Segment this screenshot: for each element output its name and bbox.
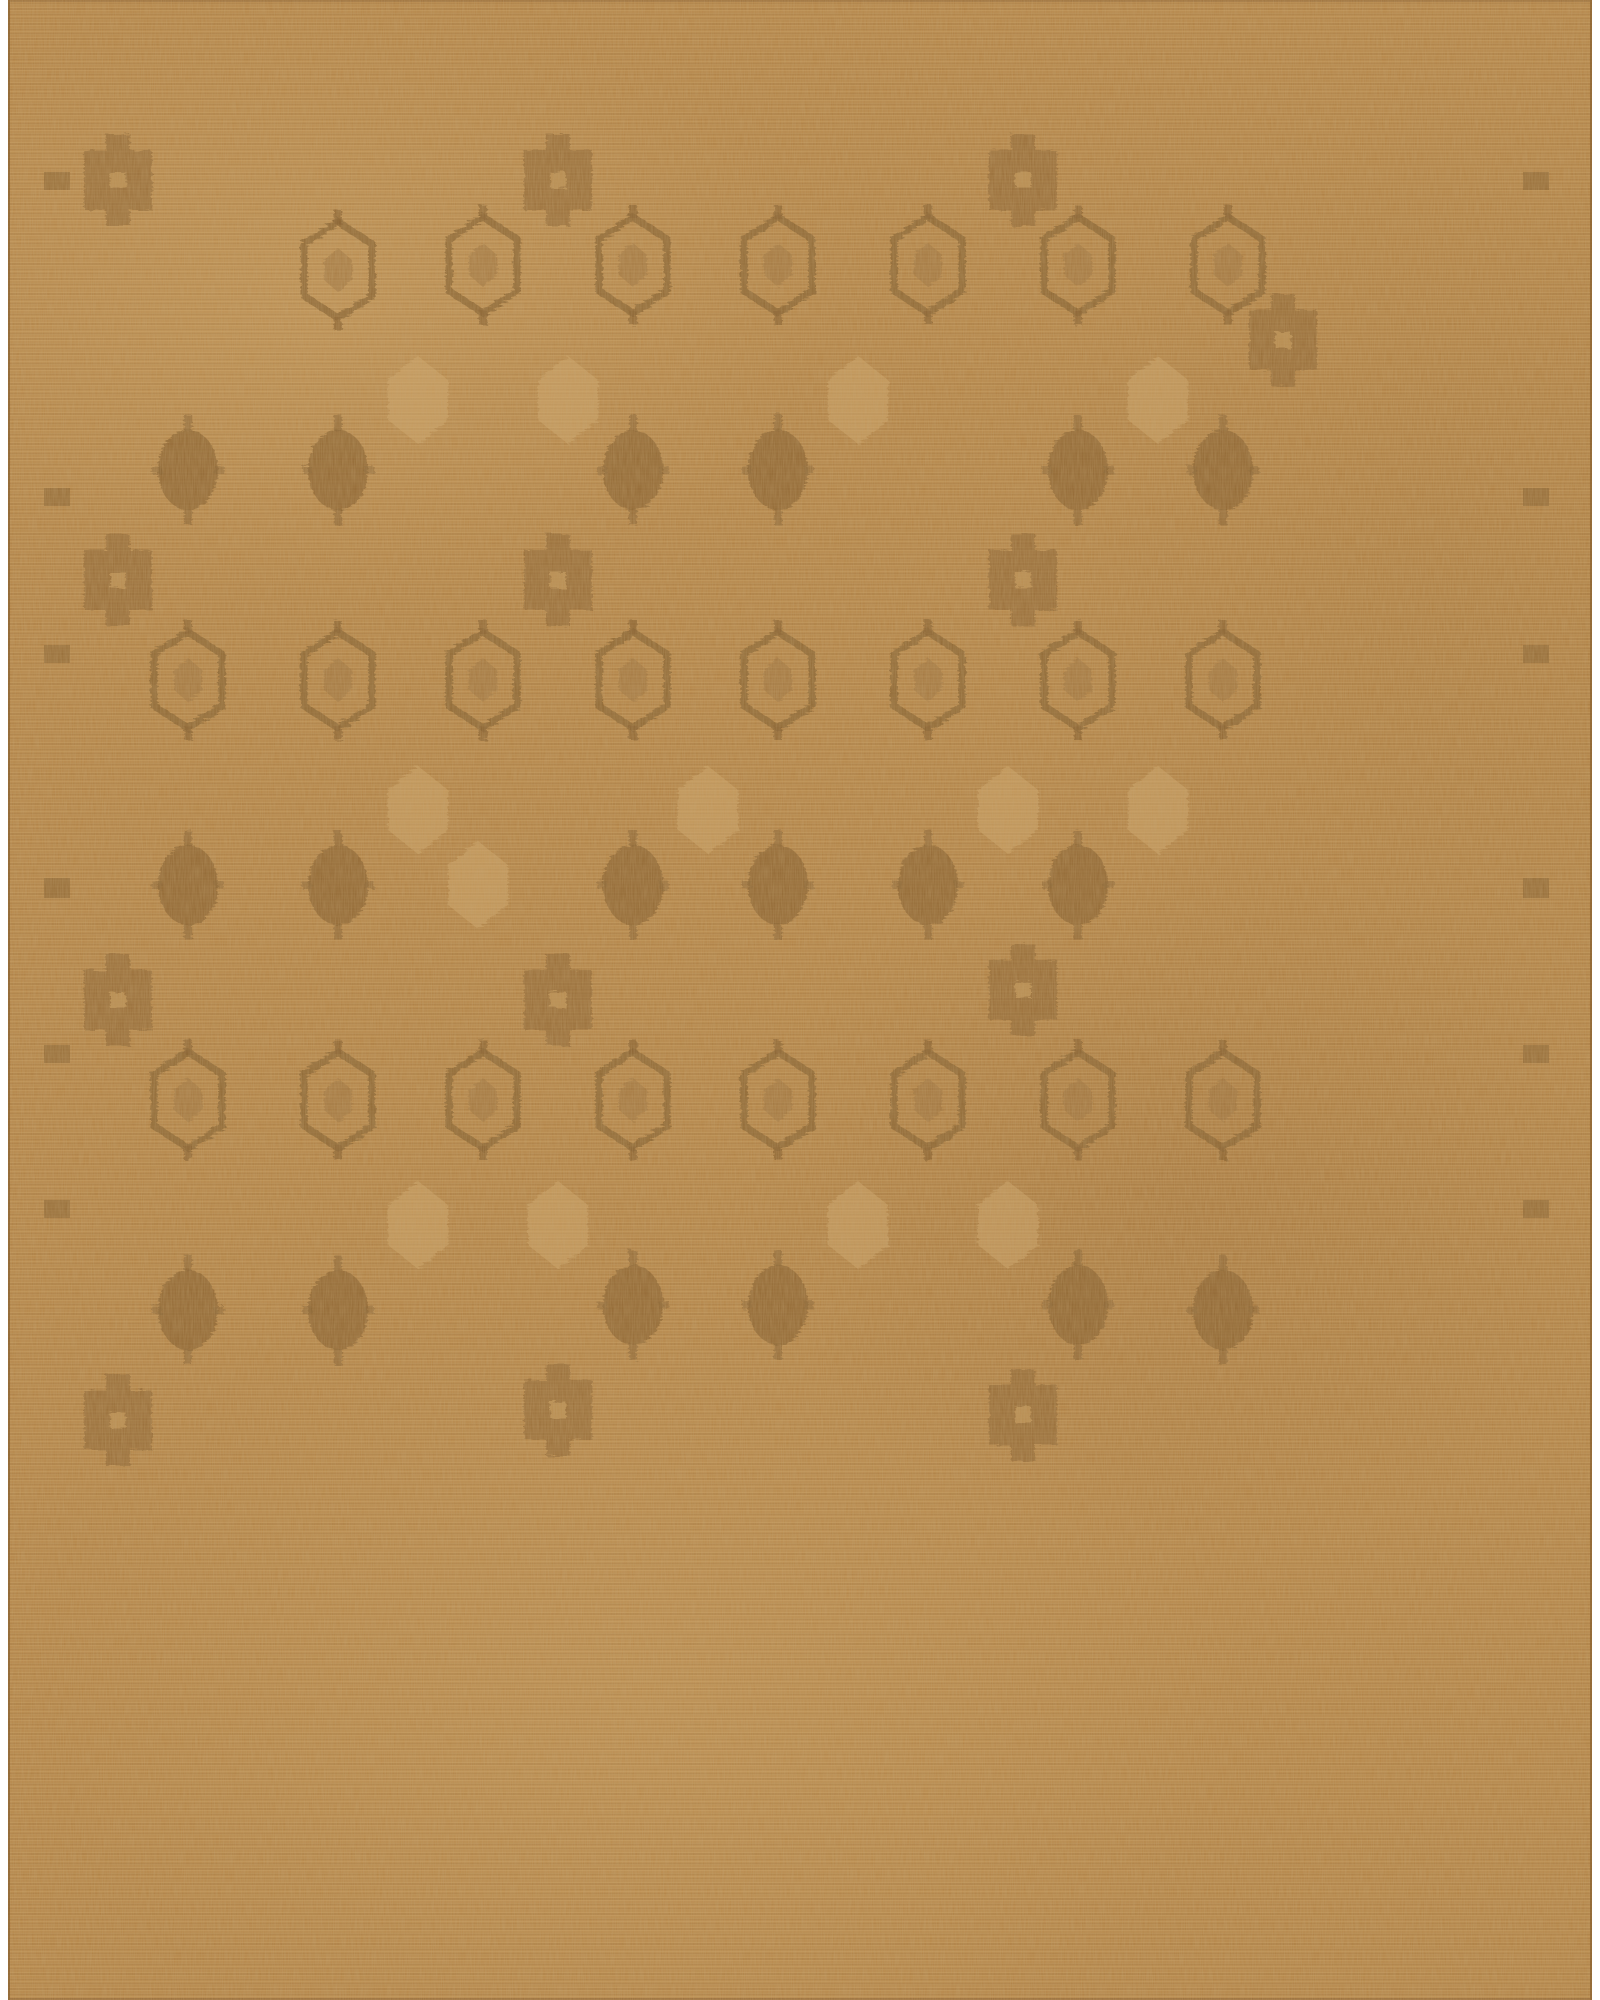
rug-photo — [8, 0, 1592, 2000]
rug-motif-pattern — [8, 0, 1592, 2000]
rug-left-edge — [8, 0, 10, 2000]
rug-right-edge — [1590, 0, 1592, 2000]
